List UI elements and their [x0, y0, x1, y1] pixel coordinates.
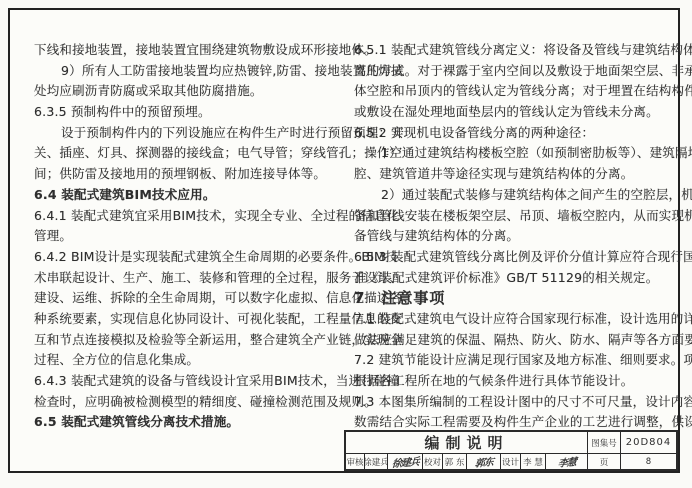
signature-scribble: 李慧: [557, 454, 576, 469]
text-line: 做法应满足建筑的保温、隔热、防火、防水、隔声等各方面要求。: [354, 330, 666, 351]
reviewer-signature: 徐建兵: [387, 454, 422, 469]
page-frame: 下线和接地装置，接地装置宜围绕建筑物敷设成环形接地体。 9）所有人工防雷接地装置…: [8, 8, 680, 473]
text-line: 或敷设在湿处理地面垫层内的管线认定为管线未分离。: [354, 102, 666, 123]
sheet-title: 编制说明: [346, 432, 587, 453]
clause-6-3-5: 6.3.5 预制构件中的预留预埋。: [34, 102, 346, 123]
text-line: 设于预制构件内的下列设施应在构件生产时进行预留预埋：开: [34, 123, 346, 144]
proof-label: 校对: [422, 454, 442, 469]
text-line: 检查时，应明确被检测模型的精细度、碰撞检测范围及规则。: [34, 392, 346, 413]
page-label: 页: [587, 454, 620, 469]
proofreader-signature: 郭东: [466, 454, 500, 469]
atlas-number-label: 图集号: [587, 432, 620, 453]
text-line: 备管线与建筑结构体的分离。: [354, 226, 666, 247]
text-line: 1）通过建筑结构楼板空腔（如预制密肋板等）、建筑隔墙空: [354, 143, 666, 164]
chapter-7-heading: 7 注意事项: [354, 288, 666, 309]
designer-name: 李 慧: [520, 454, 545, 469]
text-line: 9）所有人工防雷接地装置均应热镀锌,防雷、接地装置凡焊接: [34, 61, 346, 82]
clause-6-4-heading: 6.4 装配式建筑BIM技术应用。: [34, 185, 346, 206]
text-line: 准《装配式建筑评价标准》GB/T 51129的相关规定。: [354, 268, 666, 289]
atlas-number-value: 20D804: [620, 432, 676, 453]
text-line: 间；供防雷及接地用的预埋钢板、附加连接导体等。: [34, 164, 346, 185]
clause-7-1: 7.1 装配式建筑电气设计应符合国家现行标准，设计选用的详图、: [354, 309, 666, 330]
text-line: 种系统要素，实现信息化协同设计、可视化装配，工程量信息的交: [34, 309, 346, 330]
clause-6-4-2: 6.4.2 BIM设计是实现装配式建筑全生命周期的必要条件。BIM技: [34, 247, 346, 268]
text-line: 过程、全方位的信息化集成。: [34, 350, 346, 371]
text-line: 离的方式。对于裸露于室内空间以及敷设于地面架空层、非承重墙: [354, 61, 666, 82]
footer-title-block: 编制说明 图集号 20D804 审核 徐建兵 徐建兵 校对 郭 东 郭东 设计 …: [344, 430, 678, 471]
clause-6-5-2: 6.5.2 实现机电设备管线分离的两种途径：: [354, 123, 666, 144]
page-number: 8: [620, 454, 676, 469]
signature-scribble: 郭东: [474, 454, 493, 469]
text-line: 互和节点连接模拟及检验等全新运用，整合建筑全产业链，实现全: [34, 330, 346, 351]
text-line: 体空腔和吊顶内的管线认定为管线分离；对于埋置在结构构件内部: [354, 81, 666, 102]
text-line: 处均应刷沥青防腐或采取其他防腐措施。: [34, 81, 346, 102]
reviewer-name: 徐建兵: [364, 454, 387, 469]
designer-signature: 李慧: [545, 454, 587, 469]
clause-6-5-3: 6.5.3 装配式建筑管线分离比例及评价分值计算应符合现行国家标: [354, 247, 666, 268]
clause-7-3: 7.3 本图集所编制的工程设计图中的尺寸不可尺量，设计内容和参: [354, 392, 666, 413]
review-label: 审核: [346, 454, 364, 469]
text-line: 下线和接地装置，接地装置宜围绕建筑物敷设成环形接地体。: [34, 40, 346, 61]
left-column: 下线和接地装置，接地装置宜围绕建筑物敷设成环形接地体。 9）所有人工防雷接地装置…: [34, 40, 346, 433]
text-line: 备和管线安装在楼板架空层、吊顶、墙板空腔内，从而实现机电设: [354, 206, 666, 227]
text-line: 术串联起设计、生产、施工、装修和管理的全过程，服务于设计、: [34, 268, 346, 289]
text-line: 腔、建筑管道井等途径实现与建筑结构体的分离。: [354, 164, 666, 185]
proofreader-name: 郭 东: [442, 454, 466, 469]
clause-7-2: 7.2 建筑节能设计应满足现行国家及地方标准、细则要求。项目应: [354, 350, 666, 371]
text-line: 根据各工程所在地的气候条件进行具体节能设计。: [354, 371, 666, 392]
clause-6-4-3: 6.4.3 装配式建筑的设备与管线设计宜采用BIM技术，当进行碰撞: [34, 371, 346, 392]
text-line: 2）通过装配式装修与建筑结构体之间产生的空腔层，机电设: [354, 185, 666, 206]
clause-6-5-heading: 6.5 装配式建筑管线分离技术措施。: [34, 412, 346, 433]
text-line: 管理。: [34, 226, 346, 247]
right-column: 6.5.1 装配式建筑管线分离定义：将设备及管线与建筑结构体相分 离的方式。对于…: [354, 40, 666, 433]
clause-6-4-1: 6.4.1 装配式建筑宜采用BIM技术，实现全专业、全过程的信息化: [34, 206, 346, 227]
clause-6-5-1: 6.5.1 装配式建筑管线分离定义：将设备及管线与建筑结构体相分: [354, 40, 666, 61]
text-line: 建设、运维、拆除的全生命周期，可以数字化虚拟、信息化描述各: [34, 288, 346, 309]
design-label: 设计: [500, 454, 520, 469]
text-line: 关、插座、灯具、探测器的接线盒；电气导管；穿线管孔；操作空: [34, 143, 346, 164]
signature-scribble: 徐建兵: [391, 454, 419, 469]
